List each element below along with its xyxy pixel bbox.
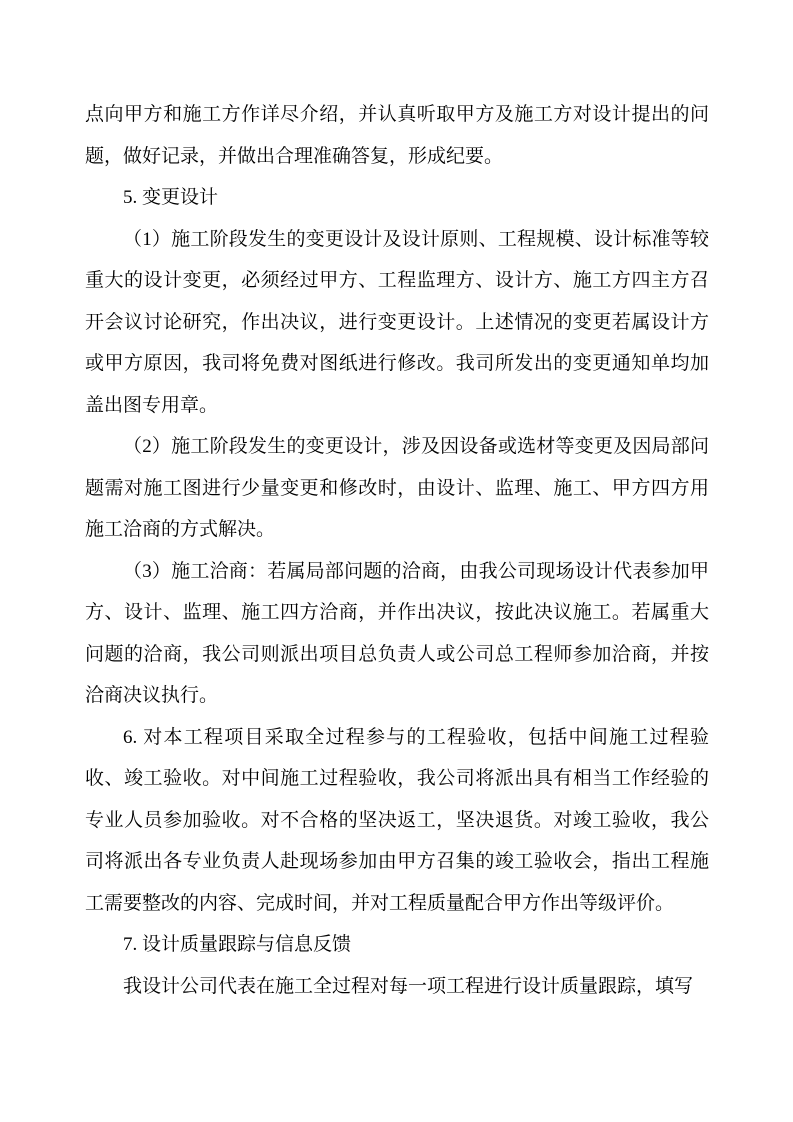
paragraph: 7. 设计质量跟踪与信息反馈 <box>85 924 709 966</box>
paragraph: （2）施工阶段发生的变更设计，涉及因设备或选材等变更及因局部问题需对施工图进行少… <box>85 426 709 551</box>
document-body: 点向甲方和施工方作详尽介绍，并认真听取甲方及施工方对设计提出的问题，做好记录，并… <box>85 94 709 1007</box>
paragraph: （1）施工阶段发生的变更设计及设计原则、工程规模、设计标准等较重大的设计变更，必… <box>85 219 709 427</box>
document-page: 点向甲方和施工方作详尽介绍，并认真听取甲方及施工方对设计提出的问题，做好记录，并… <box>0 0 793 1122</box>
paragraph: 5. 变更设计 <box>85 177 709 219</box>
paragraph: 我设计公司代表在施工全过程对每一项工程进行设计质量跟踪，填写 <box>85 966 709 1008</box>
paragraph: 点向甲方和施工方作详尽介绍，并认真听取甲方及施工方对设计提出的问题，做好记录，并… <box>85 94 709 177</box>
paragraph: 6. 对本工程项目采取全过程参与的工程验收，包括中间施工过程验收、竣工验收。对中… <box>85 717 709 925</box>
paragraph: （3）施工洽商：若属局部问题的洽商，由我公司现场设计代表参加甲方、设计、监理、施… <box>85 551 709 717</box>
